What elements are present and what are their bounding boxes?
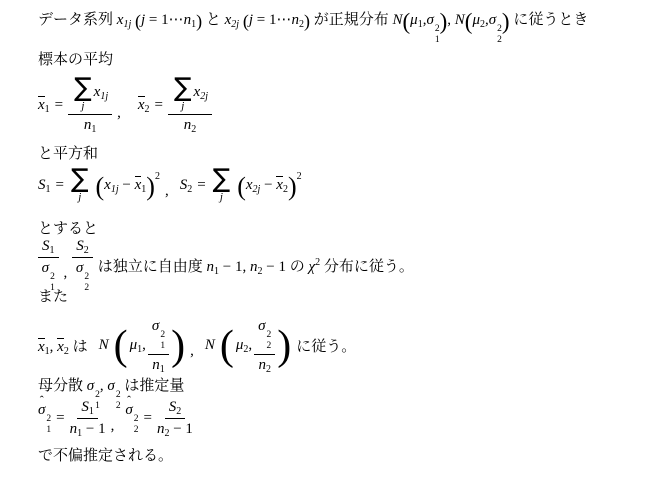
document-page: データ系列 x1j (j = 1⋯n1) と x2j (j = 1⋯n2) が正…: [0, 0, 659, 486]
comma: ,: [242, 259, 246, 275]
var-x: x: [138, 97, 145, 113]
paren-left: (: [96, 172, 105, 201]
xbars-text: x1, x2 は: [38, 335, 88, 356]
sup-2: 2: [50, 272, 55, 283]
normal-arg-group: ( μ1, σ21 n1 ): [114, 318, 185, 374]
sup-2: 2: [46, 414, 51, 425]
var-x: x: [246, 177, 253, 193]
sub: 1: [160, 341, 165, 352]
fraction: S1 n1 − 1: [70, 399, 106, 438]
comma: ,: [111, 418, 115, 435]
fraction: ∑jx1j n1: [68, 76, 112, 134]
sum-index: j: [181, 101, 184, 112]
sup-2: 2: [84, 272, 89, 283]
var-N: N: [205, 337, 215, 354]
squared-term: (x1j − x1)2: [96, 176, 160, 194]
sub: 1: [89, 406, 94, 417]
sigma-hat-2: ˆσ22: [125, 402, 138, 436]
sample-mean-heading: 標本の平均: [38, 48, 113, 69]
frac-den: n1: [152, 355, 165, 374]
summation: ∑j: [74, 76, 92, 112]
normal-arg-group: ( μ2, σ22 n2 ): [220, 318, 291, 374]
sub: 1: [435, 35, 440, 46]
chi-square-statement: S1 σ21 , S2 σ22 は独立に自由度 n1 − 1, n2 − 1 の…: [38, 238, 414, 294]
sigma-hat-1: ˆσ21: [38, 402, 51, 436]
minus-one: − 1: [223, 259, 243, 275]
var-n: n: [291, 12, 299, 28]
frac-den: n2: [184, 115, 197, 134]
var-sigma: σ: [76, 260, 83, 276]
var-sigma: σ: [258, 318, 265, 334]
sub: 2: [176, 406, 181, 417]
equals: =: [56, 177, 64, 194]
frac-den: n1 − 1: [70, 419, 106, 438]
sub: 2: [145, 104, 150, 115]
equals: =: [55, 97, 63, 114]
fraction: σ22 n2: [254, 318, 275, 374]
sum-op: ∑: [71, 167, 89, 192]
mu-arg: μ2,: [236, 337, 252, 354]
sigma-hat: ˆσ: [38, 402, 45, 419]
minus-one: − 1: [86, 421, 106, 437]
intro-line: データ系列 x1j (j = 1⋯n1) と x2j (j = 1⋯n2) が正…: [38, 8, 588, 46]
equals: =: [56, 410, 64, 427]
var-x: x: [38, 97, 45, 113]
sub: 2: [84, 245, 89, 256]
minus: −: [122, 177, 130, 193]
comma: ,: [142, 337, 146, 353]
jp-text: データ系列: [38, 12, 117, 28]
equals: =: [197, 177, 205, 194]
sigma-sq-stack: 21: [46, 414, 51, 436]
comma: ,: [165, 183, 169, 200]
minus: −: [264, 177, 272, 193]
jp-text: に従うとき: [510, 12, 589, 28]
sub: 2: [187, 184, 192, 195]
var-mu: μ: [472, 12, 480, 28]
sum-op: ∑: [74, 76, 92, 101]
var-N: N: [455, 12, 465, 28]
sum-op: ∑: [174, 76, 192, 101]
sum-index: j: [220, 192, 223, 203]
sub: 2: [257, 266, 262, 277]
xbar-1: x1: [38, 96, 50, 114]
var-N: N: [99, 337, 109, 354]
sub: 2j: [231, 19, 239, 30]
sub: 1: [91, 124, 96, 135]
eq-cdots: = 1⋯: [253, 12, 291, 28]
jp-text: は: [69, 339, 88, 355]
equals: =: [155, 97, 163, 114]
minus-one: − 1: [173, 421, 193, 437]
also-heading: また: [38, 285, 68, 306]
xbar: x: [276, 176, 283, 194]
xbar: x: [138, 96, 145, 114]
sum-index: j: [81, 101, 84, 112]
var-sigma: σ: [152, 318, 159, 334]
sub: 2: [267, 341, 272, 352]
var-x: x: [38, 339, 45, 355]
var-S: S: [38, 177, 46, 193]
sub: 1j: [100, 91, 108, 102]
sup-2: 2: [160, 330, 165, 341]
paren-right: ): [502, 9, 510, 34]
sum-of-squares-heading: と平方和: [38, 142, 98, 163]
fraction: S2 n2 − 1: [157, 399, 193, 438]
var-x: x: [104, 177, 111, 193]
var-sigma: σ: [489, 12, 496, 28]
sub: 1: [45, 104, 50, 115]
var-N: N: [392, 12, 402, 28]
chi-square-text: は独立に自由度 n1 − 1, n2 − 1 の χ2 分布に従う。: [98, 255, 414, 276]
sum-index: j: [78, 192, 81, 203]
mean-distribution-statement: x1, x2 は N ( μ1, σ21 n1 ) , N ( μ2, σ22 …: [38, 318, 356, 374]
summation: ∑j: [71, 167, 89, 203]
var-n: n: [207, 259, 215, 275]
var-S: S: [42, 238, 50, 254]
hat-mark: ˆ: [125, 394, 132, 406]
sup-2: 2: [155, 171, 160, 182]
var-S: S: [81, 399, 89, 415]
jp-text: が正規分布: [310, 12, 393, 28]
var-S: S: [76, 238, 84, 254]
sigma-sq-stack: 21: [160, 330, 165, 352]
sub: 2: [84, 283, 89, 294]
frac-den: n1: [84, 115, 97, 134]
sample-mean-formula: x1 = ∑jx1j n1 , x2 = ∑jx2j n2: [38, 76, 212, 134]
var-x: x: [57, 339, 64, 355]
S2: S2: [180, 177, 193, 194]
frac-num: S1: [77, 399, 98, 419]
sub: 1: [214, 266, 219, 277]
frac-num: σ21: [148, 318, 169, 355]
jp-text: 母分散: [38, 378, 87, 394]
comma: ,: [190, 343, 194, 360]
var-sigma: σ: [107, 378, 114, 394]
sub: 1: [46, 184, 51, 195]
sigma-sq-stack: 22: [84, 272, 89, 294]
var-sigma: σ: [87, 378, 94, 394]
sub: 1: [50, 245, 55, 256]
var-x: x: [276, 177, 283, 193]
summation: ∑j: [174, 76, 192, 112]
sup-2: 2: [297, 171, 302, 182]
mu-arg: μ1,: [130, 337, 146, 354]
frac-den: n2 − 1: [157, 419, 193, 438]
summation: ∑j: [213, 167, 231, 203]
var-mu: μ: [410, 12, 418, 28]
unbiased-estimator-formula: ˆσ21 = S1 n1 − 1 , ˆσ22 = S2 n2 − 1: [38, 399, 193, 438]
sum-of-squares-formula: S1 = ∑j (x1j − x1)2 , S2 = ∑j (x2j − x2)…: [38, 167, 302, 203]
var-n: n: [152, 357, 160, 373]
jp-text: と: [202, 12, 225, 28]
sub: 1j: [123, 19, 131, 30]
minus-one: − 1: [266, 259, 286, 275]
squared-term: (x2j − x2)2: [237, 176, 301, 194]
xbar-2: x2: [138, 96, 150, 114]
frac-num: S1: [38, 238, 59, 258]
sub: 1: [46, 425, 51, 436]
comma: ,: [447, 12, 451, 28]
unbiased-conclusion: で不偏推定される。: [38, 444, 173, 465]
jp-text: に従う。: [296, 335, 356, 356]
comma: ,: [50, 339, 54, 355]
fraction: σ21 n1: [148, 318, 169, 374]
frac-den: n2: [258, 355, 271, 374]
sub: 2: [164, 428, 169, 439]
frac-num: σ22: [254, 318, 275, 355]
var-n: n: [70, 421, 78, 437]
paren-right: ): [146, 172, 155, 201]
sub: 2j: [253, 184, 261, 195]
comma: ,: [100, 378, 104, 394]
var-n: n: [184, 12, 192, 28]
xbar: x: [38, 96, 45, 114]
sigma-sq-stack: 22: [267, 330, 272, 352]
frac-num: S2: [165, 399, 186, 419]
comma: ,: [64, 265, 68, 282]
sub: 1: [77, 428, 82, 439]
sum-op: ∑: [213, 167, 231, 192]
fraction: S2 σ22: [72, 238, 93, 294]
jp-text: の: [286, 259, 309, 275]
xbar: x: [38, 338, 45, 356]
fraction: ∑jx2j n2: [168, 76, 212, 134]
sub: 2j: [200, 91, 208, 102]
frac-num: S2: [72, 238, 93, 258]
then-heading: とすると: [38, 217, 98, 238]
comma: ,: [117, 105, 121, 122]
sigma-hat: ˆσ: [125, 402, 132, 419]
jp-text: は独立に自由度: [98, 259, 207, 275]
sub: 1j: [111, 184, 119, 195]
frac-num: ∑jx2j: [168, 76, 212, 115]
sub: 2: [266, 364, 271, 375]
sub: 2: [134, 425, 139, 436]
hat-mark: ˆ: [38, 394, 45, 406]
sub: 2: [191, 124, 196, 135]
jp-text: 分布に従う。: [320, 259, 414, 275]
paren-right: ): [288, 172, 297, 201]
var-sigma: σ: [42, 260, 49, 276]
S1: S1: [38, 177, 51, 194]
sup-2: 2: [267, 330, 272, 341]
frac-num: ∑jx1j: [68, 76, 112, 115]
var-sigma: σ: [426, 12, 433, 28]
jp-text: は推定量: [121, 378, 185, 394]
paren-left: (: [237, 172, 246, 201]
sigma-sq-stack: 22: [134, 414, 139, 436]
xbar: x: [57, 338, 64, 356]
equals: =: [144, 410, 152, 427]
sub: 2: [497, 35, 502, 46]
comma: ,: [248, 337, 252, 353]
eq-cdots: = 1⋯: [145, 12, 183, 28]
frac-den: σ22: [76, 258, 89, 294]
var-n: n: [258, 357, 266, 373]
sup-2: 2: [134, 414, 139, 425]
